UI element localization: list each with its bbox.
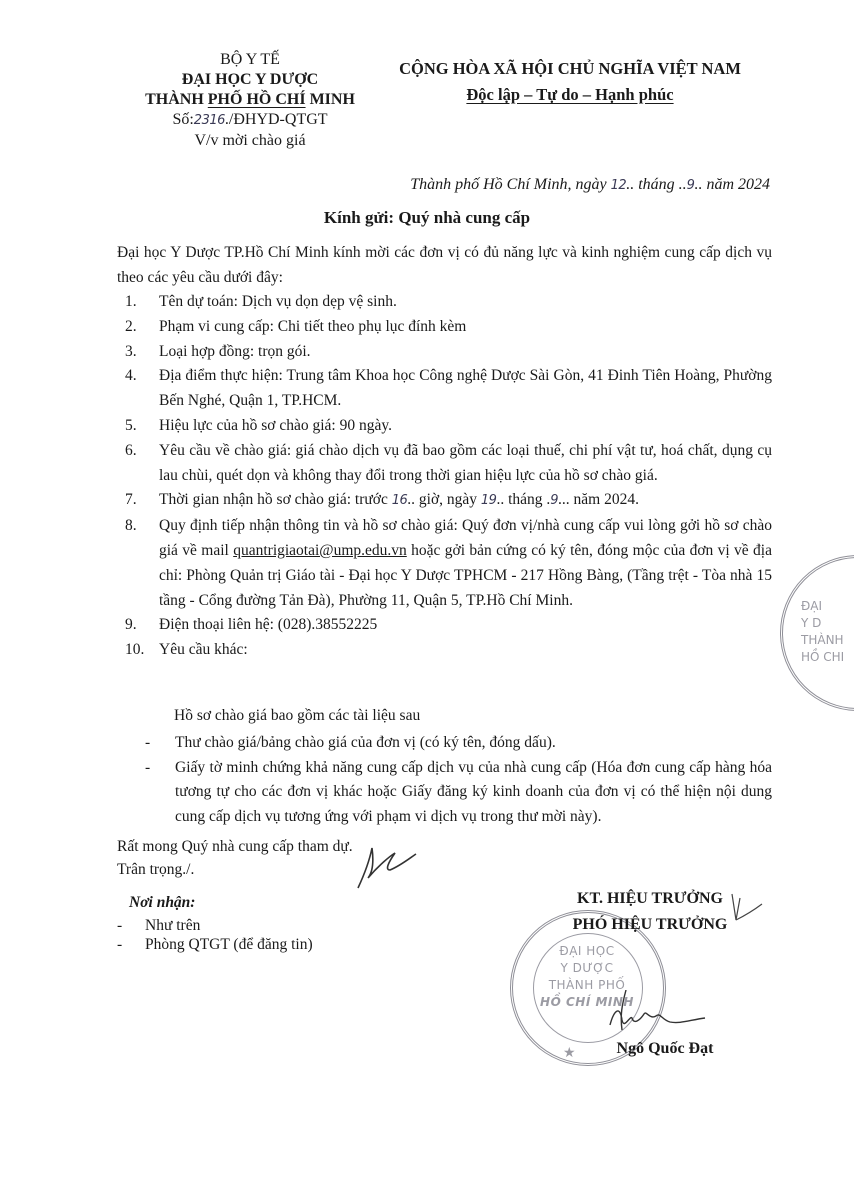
checkmark-initials (726, 890, 766, 930)
national-header: CỘNG HÒA XÃ HỘI CHỦ NGHĨA VIỆT NAM Độc l… (370, 56, 770, 108)
university-name-line2: THÀNH PHỐ HỒ CHÍ MINH (100, 90, 400, 110)
list-item: -Giấy tờ minh chứng khả năng cung cấp dị… (145, 756, 772, 830)
documents-list: -Thư chào giá/bảng chào giá của đơn vị (… (145, 731, 772, 829)
star-icon: ★ (563, 1045, 576, 1061)
university-name-line1: ĐẠI HỌC Y DƯỢC (100, 70, 400, 90)
partial-stamp: ĐẠI Y D THÀNH HỒ CHI (780, 555, 854, 711)
list-item: -Như trên (117, 916, 313, 935)
documents-title: Hồ sơ chào giá bao gồm các tài liệu sau (174, 707, 420, 725)
nation-name: CỘNG HÒA XÃ HỘI CHỦ NGHĨA VIỆT NAM (370, 56, 770, 82)
handwritten-day: 19 (481, 493, 497, 508)
list-item: -Phòng QTGT (để đăng tin) (117, 935, 313, 954)
intro-paragraph: Đại học Y Dược TP.Hồ Chí Minh kính mời c… (117, 241, 772, 291)
list-item: 10.Yêu cầu khác: (129, 638, 772, 663)
greeting: Kính gửi: Quý nhà cung cấp (0, 208, 854, 228)
list-item: 2.Phạm vi cung cấp: Chi tiết theo phụ lụ… (129, 315, 772, 340)
ministry-name: BỘ Y TẾ (100, 50, 400, 70)
list-item: 4.Địa điểm thực hiện: Trung tâm Khoa học… (129, 364, 772, 414)
issuer-header: BỘ Y TẾ ĐẠI HỌC Y DƯỢC THÀNH PHỐ HỒ CHÍ … (100, 50, 400, 151)
list-item: 3.Loại hợp đồng: trọn gói. (129, 340, 772, 365)
handwritten-doc-number: 2316 (194, 113, 225, 128)
closing: Rất mong Quý nhà cung cấp tham dự. Trân … (117, 835, 353, 881)
signer-name: Ngô Quốc Đạt (590, 1040, 740, 1058)
list-item: 5.Hiệu lực của hồ sơ chào giá: 90 ngày. (129, 414, 772, 439)
handwritten-month: 9 (550, 493, 558, 508)
regards-line: Trân trọng./. (117, 858, 353, 881)
signature (600, 990, 710, 1045)
list-item: -Thư chào giá/bảng chào giá của đơn vị (… (145, 731, 772, 756)
handwritten-day: 12 (611, 178, 627, 193)
list-item: 9.Điện thoại liên hệ: (028).38552225 (129, 613, 772, 638)
recipients: Nơi nhận: -Như trên -Phòng QTGT (để đăng… (117, 893, 313, 954)
document-subject: V/v mời chào giá (100, 131, 400, 151)
initials-signature (350, 838, 420, 893)
national-motto: Độc lập – Tự do – Hạnh phúc (370, 82, 770, 108)
list-item: 7.Thời gian nhận hồ sơ chào giá: trước 1… (129, 488, 772, 514)
list-item: 1.Tên dự toán: Dịch vụ dọn dẹp vệ sinh. (129, 290, 772, 315)
recipients-title: Nơi nhận: (129, 893, 313, 912)
list-item: 8.Quy định tiếp nhận thông tin và hồ sơ … (129, 514, 772, 613)
document-number: Số:2316./ĐHYD-QTGT (100, 110, 400, 131)
email-link[interactable]: quantrigiaotai@ump.edu.vn (233, 542, 407, 559)
list-item: 6.Yêu cầu về chào giá: giá chào dịch vụ … (129, 439, 772, 489)
requirements-list: 1.Tên dự toán: Dịch vụ dọn dẹp vệ sinh. … (117, 290, 772, 663)
date-line: Thành phố Hồ Chí Minh, ngày 12.. tháng .… (360, 176, 770, 194)
handwritten-hour: 16 (392, 493, 408, 508)
closing-line: Rất mong Quý nhà cung cấp tham dự. (117, 835, 353, 858)
